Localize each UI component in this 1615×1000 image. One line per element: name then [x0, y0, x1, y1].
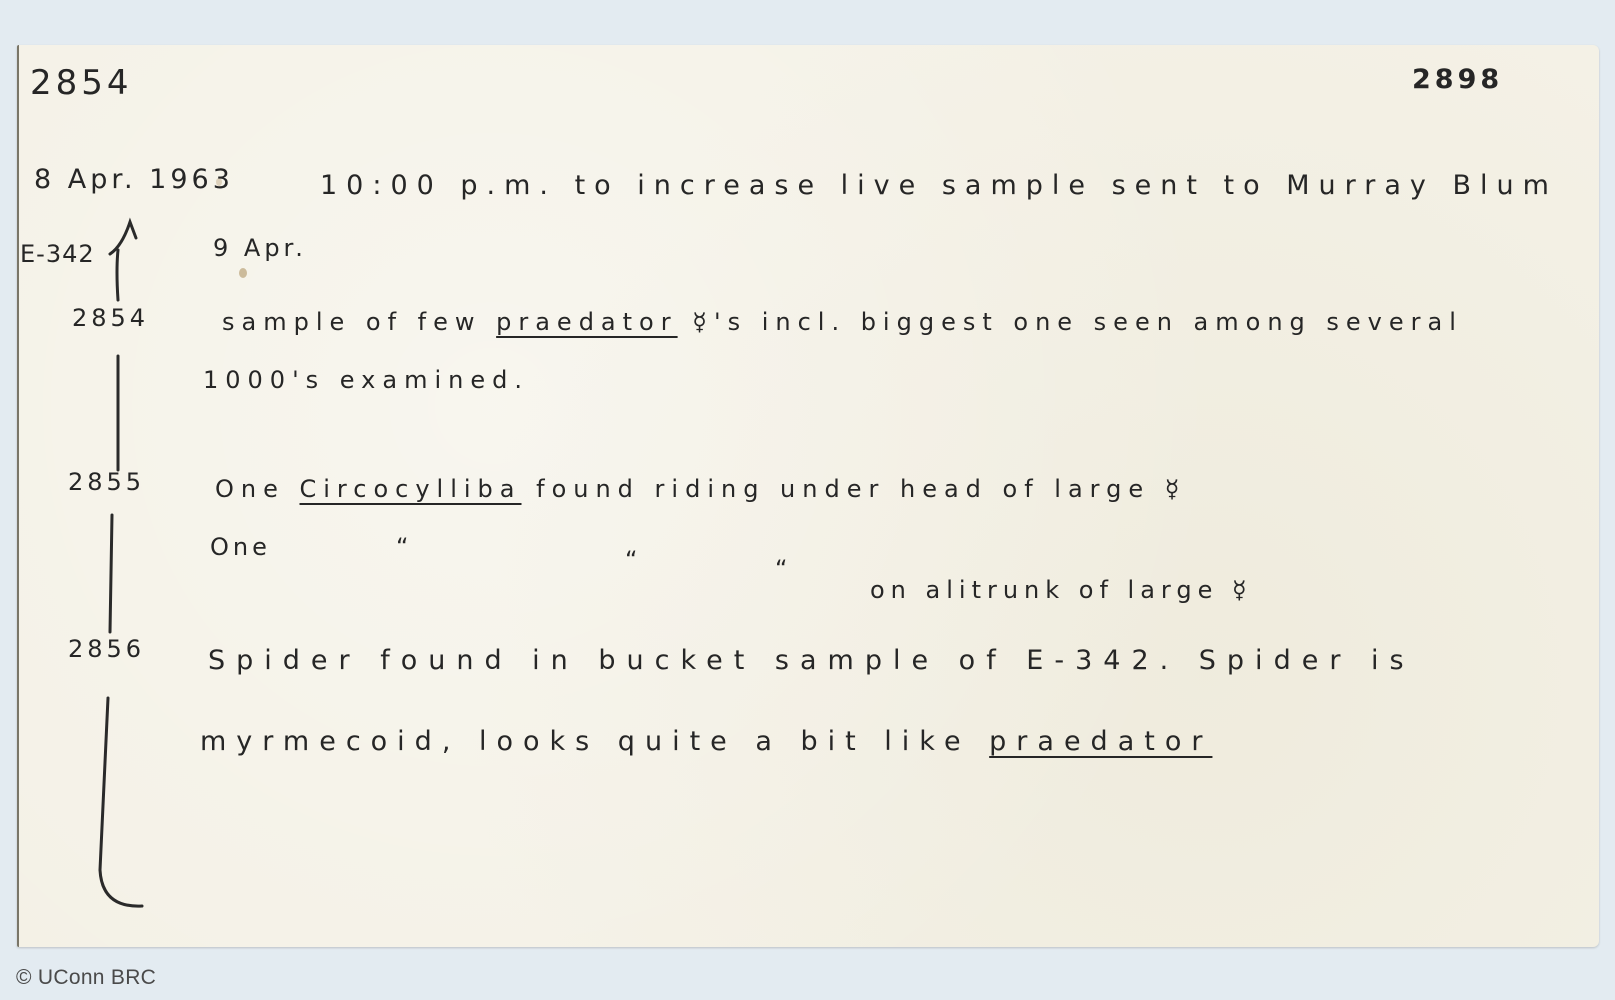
entry-number: 2854	[72, 306, 149, 330]
paper-stain	[239, 268, 247, 278]
ditto-mark: “	[625, 548, 641, 572]
ditto-mark: “	[775, 557, 791, 581]
species-name: praedator	[496, 308, 677, 336]
copyright-notice: © UConn BRC	[16, 966, 156, 990]
entry-line: One	[210, 535, 271, 559]
header-note: 10:00 p.m. to increase live sample sent …	[320, 172, 1558, 199]
header-date: 8 Apr. 1963	[34, 166, 234, 193]
card-number-right: 2898	[1412, 66, 1503, 93]
entry-line: Spider found in bucket sample of E-342. …	[208, 647, 1415, 674]
entry-number: 2855	[68, 470, 145, 494]
entry-line: 1000's examined.	[203, 368, 529, 392]
entry-text: ☿'s incl. biggest one seen among several	[678, 308, 1463, 336]
species-name: praedator	[989, 726, 1212, 757]
sub-date: 9 Apr.	[213, 236, 307, 260]
entry-line: myrmecoid, looks quite a bit like praeda…	[200, 728, 1212, 755]
genus-name: Circocylliba	[300, 475, 522, 503]
entry-line: on alitrunk of large ☿	[870, 578, 1253, 602]
entry-text: One	[215, 475, 300, 503]
entry-line: sample of few praedator ☿'s incl. bigges…	[222, 310, 1463, 334]
entry-text: myrmecoid, looks quite a bit like	[200, 726, 989, 757]
entry-text: sample of few	[222, 308, 496, 336]
colony-label: E-342	[20, 242, 95, 266]
ditto-mark: “	[396, 535, 412, 559]
entry-number: 2856	[68, 637, 145, 661]
card-number-left: 2854	[30, 66, 133, 100]
entry-line: One Circocylliba found riding under head…	[215, 477, 1186, 501]
entry-text: found riding under head of large ☿	[522, 475, 1187, 503]
